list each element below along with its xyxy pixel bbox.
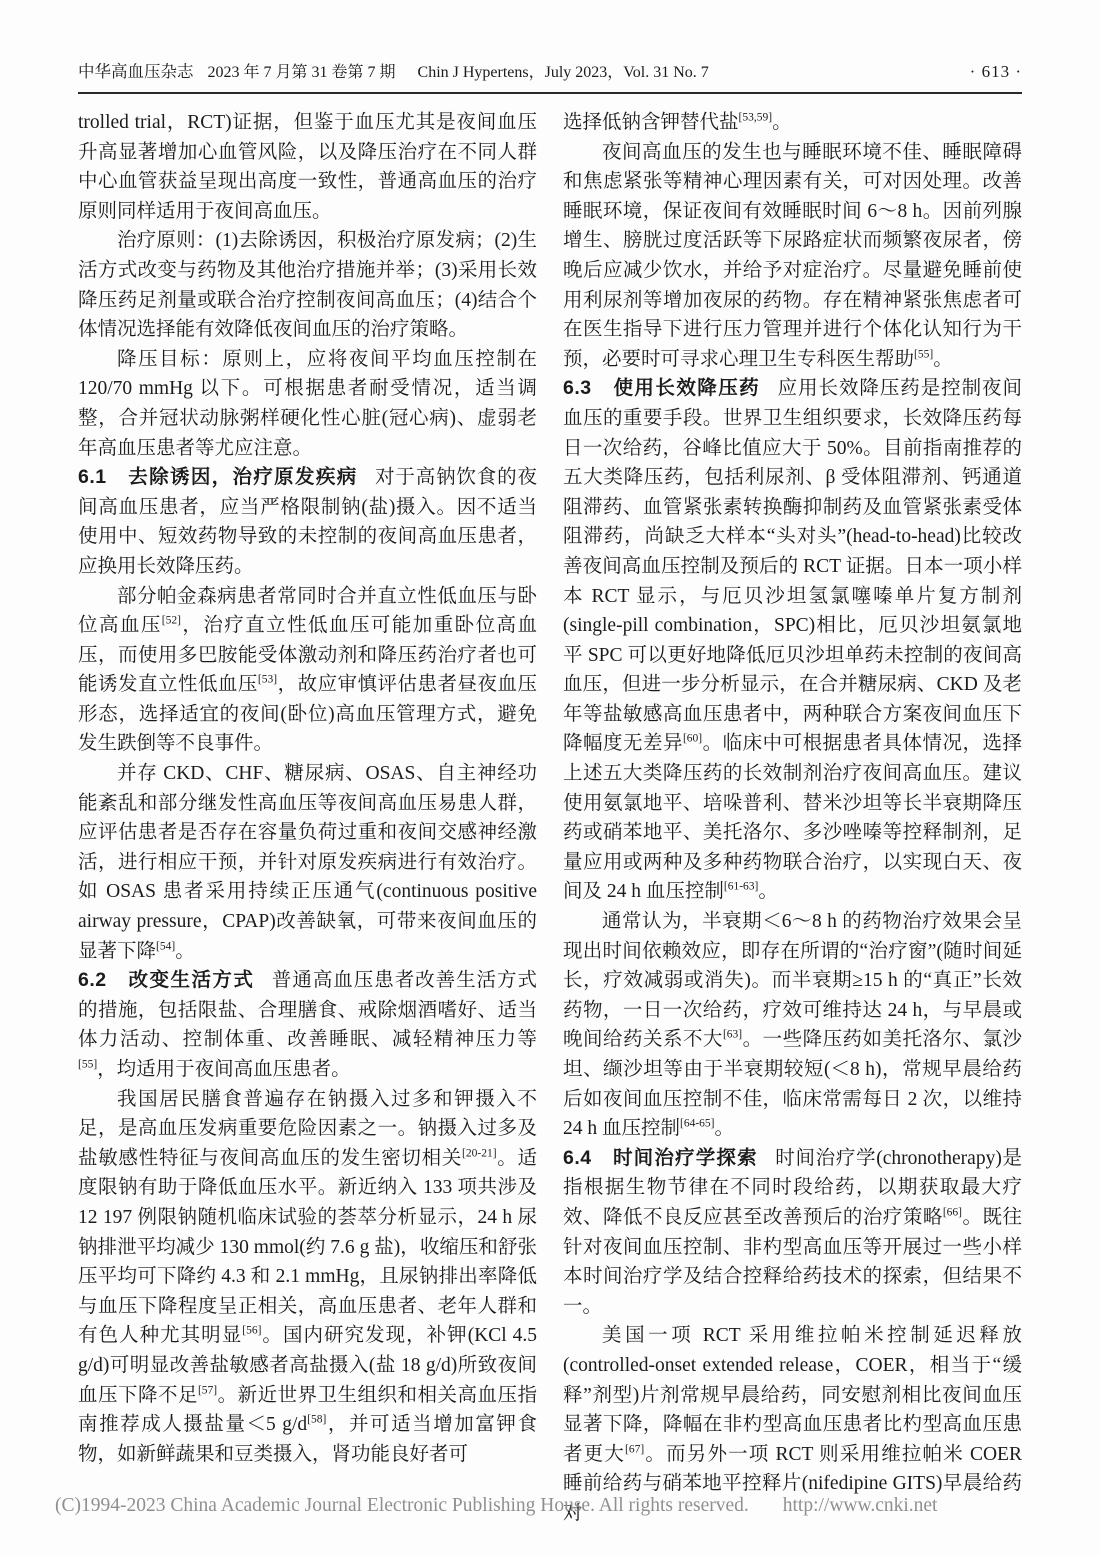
page-number: · 613 ·	[970, 62, 1022, 82]
reference-marker: [53,59]	[739, 112, 773, 124]
journal-title-cn: 中华高血压杂志	[78, 58, 194, 82]
paragraph: 部分帕金森病患者常同时合并直立性低血压与卧位高血压[52]，治疗直立性低血压可能…	[78, 582, 537, 760]
section-paragraph: 6.4 时间治疗学探索时间治疗学(chronotherapy)是指根据生物节律在…	[563, 1144, 1022, 1322]
reference-marker: [20-21]	[462, 1147, 497, 1159]
paragraph: trolled trial，RCT)证据，但鉴于血压尤其是夜间血压升高显著增加心…	[78, 108, 537, 226]
column-left: trolled trial，RCT)证据，但鉴于血压尤其是夜间血压升高显著增加心…	[78, 108, 537, 1529]
reference-marker: [57]	[198, 1384, 217, 1396]
reference-marker: [52]	[162, 615, 181, 627]
reference-marker: [58]	[307, 1414, 326, 1426]
paragraph: 降压目标：原则上，应将夜间平均血压控制在 120/70 mmHg 以下。可根据患…	[78, 345, 537, 463]
reference-marker: [54]	[156, 940, 175, 952]
paragraph: 并存 CKD、CHF、糖尿病、OSAS、自主神经功能紊乱和部分继发性高血压等夜间…	[78, 759, 537, 966]
paragraph: 通常认为，半衰期＜6～8 h 的药物治疗效果会呈现出时间依赖效应，即存在所谓的“…	[563, 907, 1022, 1144]
reference-marker: [60]	[683, 733, 702, 745]
section-paragraph: 6.3 使用长效降压药应用长效降压药是控制夜间血压的重要手段。世界卫生组织要求，…	[563, 374, 1022, 907]
paragraph: 治疗原则：(1)去除诱因，积极治疗原发病；(2)生活方式改变与药物及其他治疗措施…	[78, 226, 537, 344]
journal-page: 中华高血压杂志 2023 年 7 月第 31 卷第 7 期 Chin J Hyp…	[0, 0, 1100, 1529]
reference-marker: [53]	[258, 674, 277, 686]
article-body: trolled trial，RCT)证据，但鉴于血压尤其是夜间血压升高显著增加心…	[78, 108, 1022, 1529]
reference-marker: [67]	[625, 1443, 644, 1455]
paragraph: 夜间高血压的发生也与睡眠环境不佳、睡眠障碍和焦虑紧张等精神心理因素有关，可对因处…	[563, 138, 1022, 375]
column-right: 选择低钠含钾替代盐[53,59]。夜间高血压的发生也与睡眠环境不佳、睡眠障碍和焦…	[563, 108, 1022, 1529]
paragraph: 选择低钠含钾替代盐[53,59]。	[563, 108, 1022, 138]
reference-marker: [56]	[242, 1325, 261, 1337]
header-divider	[78, 92, 1022, 94]
copyright-text: (C)1994-2023 China Academic Journal Elec…	[55, 1495, 749, 1517]
page-header: 中华高血压杂志 2023 年 7 月第 31 卷第 7 期 Chin J Hyp…	[78, 0, 1022, 92]
reference-marker: [55]	[914, 348, 933, 360]
reference-marker: [55]	[78, 1059, 97, 1071]
section-paragraph: 6.1 去除诱因，治疗原发疾病对于高钠饮食的夜间高血压患者，应当严格限制钠(盐)…	[78, 463, 537, 581]
reference-marker: [66]	[943, 1206, 962, 1218]
section-heading: 6.2 改变生活方式	[78, 969, 254, 991]
journal-title-en: Chin J Hypertens，July 2023，Vol. 31 No. 7	[418, 59, 709, 82]
footer-url: http://www.cnki.net	[783, 1495, 938, 1517]
page-footer: (C)1994-2023 China Academic Journal Elec…	[55, 1495, 1045, 1517]
issue-info: 2023 年 7 月第 31 卷第 7 期	[208, 59, 396, 82]
section-paragraph: 6.2 改变生活方式普通高血压患者改善生活方式的措施，包括限盐、合理膳食、戒除烟…	[78, 966, 537, 1084]
section-heading: 6.4 时间治疗学探索	[563, 1147, 758, 1169]
section-heading: 6.1 去除诱因，治疗原发疾病	[78, 466, 358, 488]
reference-marker: [61-63]	[724, 881, 759, 893]
section-heading: 6.3 使用长效降压药	[563, 377, 760, 399]
paragraph: 我国居民膳食普遍存在钠摄入过多和钾摄入不足，是高血压发病重要危险因素之一。钠摄入…	[78, 1085, 537, 1470]
reference-marker: [64-65]	[680, 1118, 715, 1130]
reference-marker: [63]	[723, 1029, 742, 1041]
